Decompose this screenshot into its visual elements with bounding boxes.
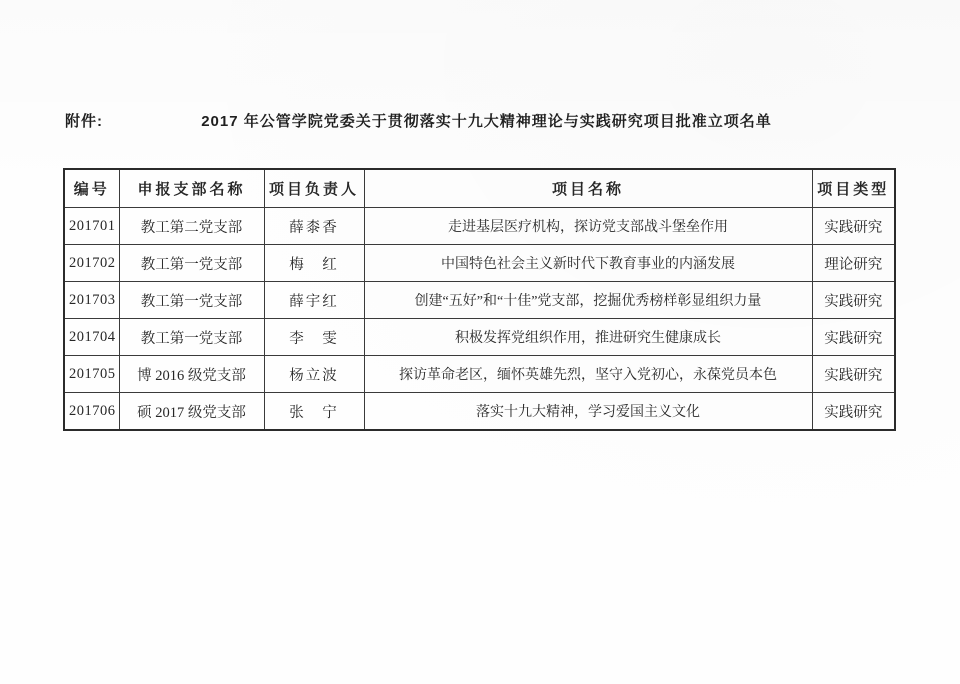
- cell-project: 落实十九大精神，学习爱国主义文化: [364, 393, 812, 431]
- cell-project: 探访革命老区，缅怀英雄先烈，坚守入党初心，永葆党员本色: [364, 356, 812, 393]
- cell-branch: 教工第一党支部: [119, 319, 264, 356]
- table-header-row: 编号 申报支部名称 项目负责人 项目名称 项目类型: [64, 169, 895, 208]
- table-row: 201704 教工第一党支部 李 雯 积极发挥党组织作用，推进研究生健康成长 实…: [64, 319, 895, 356]
- header-id: 编号: [64, 169, 119, 208]
- cell-type: 实践研究: [812, 208, 895, 245]
- cell-leader: 李 雯: [264, 319, 364, 356]
- table-row: 201706 硕 2017 级党支部 张 宁 落实十九大精神，学习爱国主义文化 …: [64, 393, 895, 431]
- attachment-label: 附件:: [65, 110, 103, 131]
- page-title: 2017 年公管学院党委关于贯彻落实十九大精神理论与实践研究项目批准立项名单: [103, 110, 900, 131]
- cell-branch: 教工第二党支部: [119, 208, 264, 245]
- cell-project: 中国特色社会主义新时代下教育事业的内涵发展: [364, 245, 812, 282]
- cell-id: 201706: [64, 393, 119, 431]
- document-heading: 附件: 2017 年公管学院党委关于贯彻落实十九大精神理论与实践研究项目批准立项…: [65, 110, 900, 131]
- cell-type: 理论研究: [812, 245, 895, 282]
- cell-branch: 硕 2017 级党支部: [119, 393, 264, 431]
- cell-type: 实践研究: [812, 282, 895, 319]
- header-leader: 项目负责人: [264, 169, 364, 208]
- cell-branch: 博 2016 级党支部: [119, 356, 264, 393]
- cell-type: 实践研究: [812, 356, 895, 393]
- cell-leader: 杨立波: [264, 356, 364, 393]
- table-row: 201703 教工第一党支部 薛宇红 创建“五好”和“十佳”党支部，挖掘优秀榜样…: [64, 282, 895, 319]
- projects-table: 编号 申报支部名称 项目负责人 项目名称 项目类型 201701 教工第二党支部…: [63, 168, 896, 431]
- header-project: 项目名称: [364, 169, 812, 208]
- cell-id: 201703: [64, 282, 119, 319]
- cell-project: 创建“五好”和“十佳”党支部，挖掘优秀榜样彰显组织力量: [364, 282, 812, 319]
- cell-leader: 张 宁: [264, 393, 364, 431]
- cell-id: 201705: [64, 356, 119, 393]
- cell-leader: 薛宇红: [264, 282, 364, 319]
- header-type: 项目类型: [812, 169, 895, 208]
- cell-branch: 教工第一党支部: [119, 245, 264, 282]
- header-branch: 申报支部名称: [119, 169, 264, 208]
- cell-project: 走进基层医疗机构，探访党支部战斗堡垒作用: [364, 208, 812, 245]
- cell-type: 实践研究: [812, 319, 895, 356]
- table-row: 201702 教工第一党支部 梅 红 中国特色社会主义新时代下教育事业的内涵发展…: [64, 245, 895, 282]
- cell-id: 201701: [64, 208, 119, 245]
- cell-leader: 梅 红: [264, 245, 364, 282]
- cell-id: 201702: [64, 245, 119, 282]
- cell-id: 201704: [64, 319, 119, 356]
- scanned-document-page: 附件: 2017 年公管学院党委关于贯彻落实十九大精神理论与实践研究项目批准立项…: [0, 0, 960, 684]
- table-row: 201705 博 2016 级党支部 杨立波 探访革命老区，缅怀英雄先烈，坚守入…: [64, 356, 895, 393]
- cell-project: 积极发挥党组织作用，推进研究生健康成长: [364, 319, 812, 356]
- cell-leader: 薛桼香: [264, 208, 364, 245]
- cell-branch: 教工第一党支部: [119, 282, 264, 319]
- cell-type: 实践研究: [812, 393, 895, 431]
- table-row: 201701 教工第二党支部 薛桼香 走进基层医疗机构，探访党支部战斗堡垒作用 …: [64, 208, 895, 245]
